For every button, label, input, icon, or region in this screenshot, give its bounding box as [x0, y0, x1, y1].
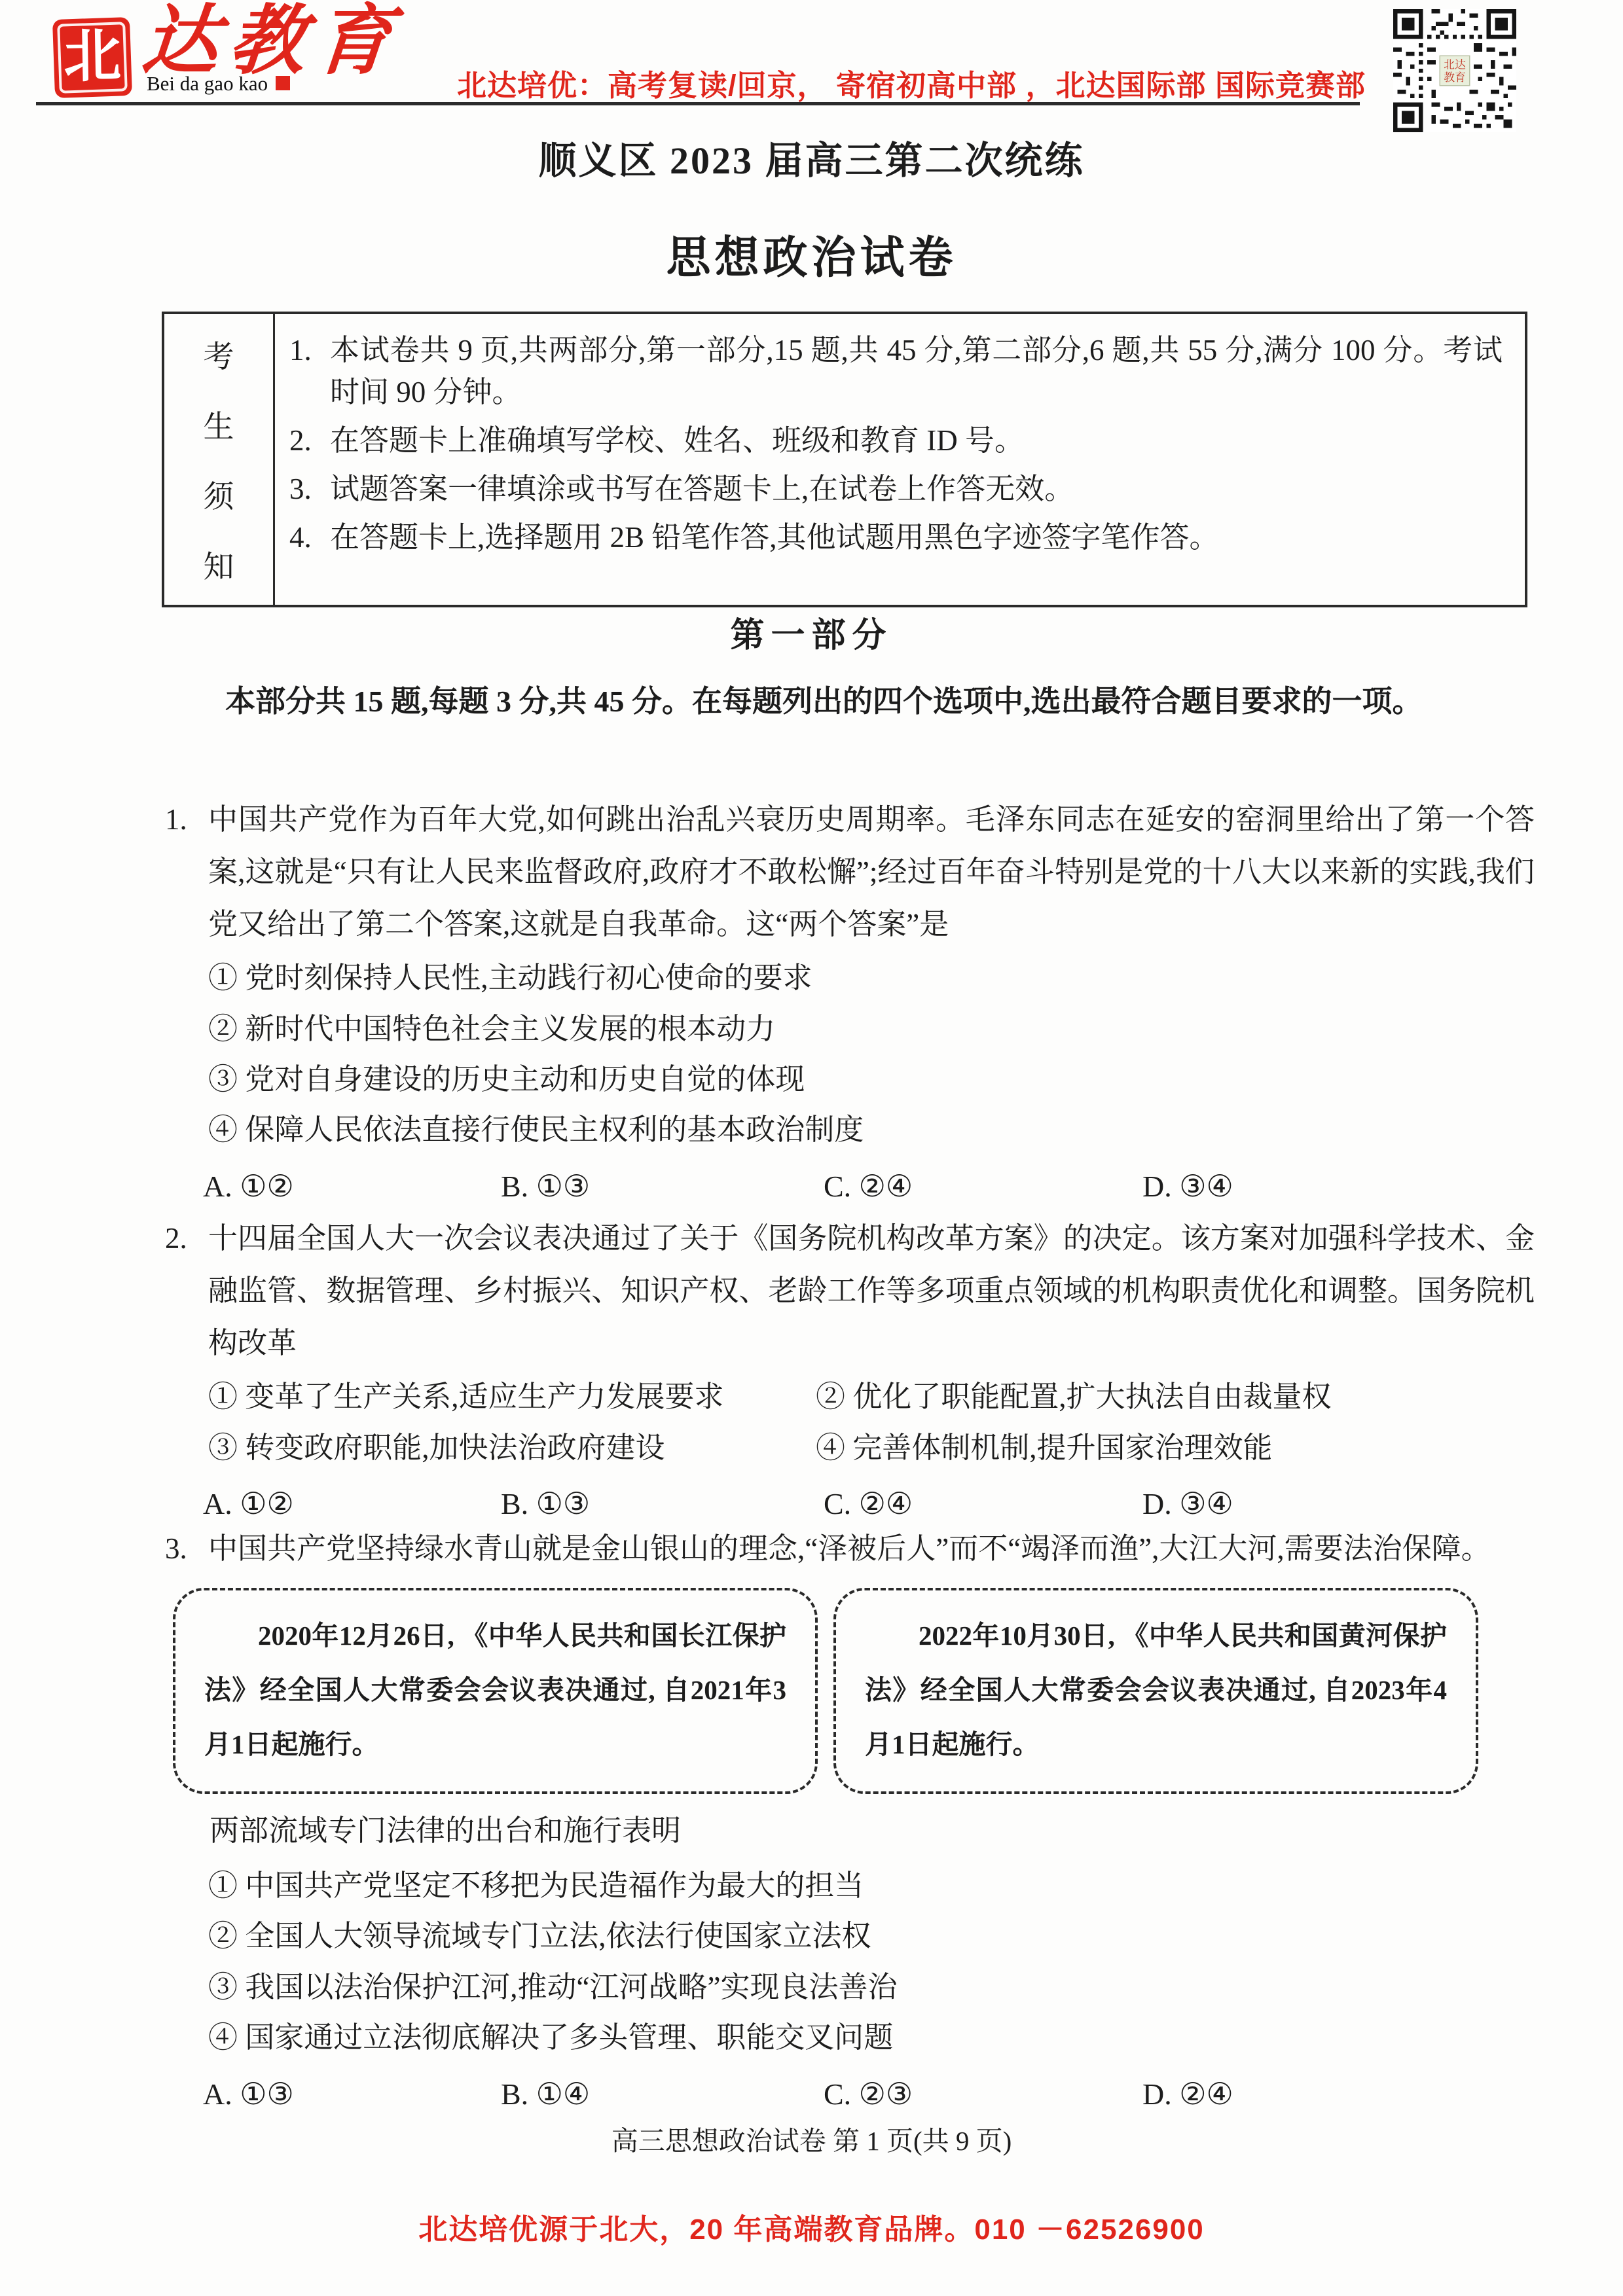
question-post-text: 两部流域专门法律的出台和施行表明 [210, 1806, 1535, 1856]
header-slogan: 北达培优：高考复读/回京， 寄宿初高中部 ，北达国际部 国际竞赛部 [457, 62, 1366, 104]
question-statements: ① 党时刻保持人民性,主动践行初心使命的要求 ② 新时代中国特色社会主义发展的根… [208, 953, 1535, 1156]
exam-title: 顺义区 2023 届高三第二次统练 [0, 130, 1623, 185]
qr-center-text-top: 北达 [1444, 59, 1466, 71]
choice-a: A. ①② [203, 1480, 501, 1528]
brand-calligraphy: 达教育 [139, 4, 405, 80]
choice-d: D. ②④ [1142, 2070, 1535, 2119]
notice-label-char: 考 [204, 332, 234, 376]
notice-item: 1. 本试卷共 9 页,共两部分,第一部分,15 题,共 45 分,第二部分,6… [289, 330, 1503, 414]
notice-item-text: 在答题卡上准确填写学校、姓名、班级和教育 ID 号。 [330, 420, 1503, 462]
choice-b: B. ①③ [501, 1162, 824, 1211]
notice-label-char: 知 [204, 543, 234, 586]
part1-instructions: 本部分共 15 题,每题 3 分,共 45 分。在每题列出的四个选项中,选出最符… [165, 675, 1531, 727]
question-number: 2. [165, 1212, 208, 1528]
notice-item-text: 本试卷共 9 页,共两部分,第一部分,15 题,共 45 分,第二部分,6 题,… [330, 330, 1503, 414]
notice-items: 1. 本试卷共 9 页,共两部分,第一部分,15 题,共 45 分,第二部分,6… [275, 314, 1525, 605]
question-number: 1. [165, 793, 208, 1210]
answer-choices: A. ①② B. ①③ C. ②④ D. ③④ [203, 1162, 1535, 1211]
statement-option: ① 党时刻保持人民性,主动践行初心使命的要求 [208, 953, 1535, 1003]
question-3: 3. 中国共产党坚持绿水青山就是金山银山的理念,“泽被后人”而不“竭泽而渔”,大… [165, 1522, 1535, 2118]
brand-subtext: Bei da gao kao [147, 72, 290, 96]
question-statements: ① 中国共产党坚定不移把为民造福作为最大的担当 ② 全国人大领导流域专门立法,依… [208, 1861, 1535, 2064]
question-stem: 中国共产党作为百年大党,如何跳出治乱兴衰历史周期率。毛泽东同志在延安的窑洞里给出… [208, 793, 1535, 950]
statement-option: ④ 保障人民依法直接行使民主权利的基本政治制度 [208, 1105, 1535, 1155]
question-statements: ① 变革了生产关系,适应生产力发展要求 ② 优化了职能配置,扩大执法自由裁量权 … [208, 1372, 1535, 1473]
header-divider [36, 102, 1360, 105]
law-box-yellow-river: 2022年10月30日, 《中华人民共和国黄河保护法》经全国人大常委会会议表决通… [833, 1588, 1478, 1793]
question-stem: 中国共产党坚持绿水青山就是金山银山的理念,“泽被后人”而不“竭泽而渔”,大江大河… [208, 1522, 1535, 1575]
notice-label-char: 须 [204, 473, 234, 516]
brand-footer: 北达培优源于北大，20 年高端教育品牌。010 －62526900 [0, 2206, 1623, 2248]
choice-c: C. ②④ [824, 1162, 1142, 1211]
brand-square-icon [276, 76, 290, 90]
notice-item-text: 在答题卡上,选择题用 2B 铅笔作答,其他试题用黑色字迹签字笔作答。 [330, 517, 1503, 559]
candidate-notice-box: 考 生 须 知 1. 本试卷共 9 页,共两部分,第一部分,15 题,共 45 … [162, 312, 1527, 607]
law-info-boxes: 2020年12月26日, 《中华人民共和国长江保护法》经全国人大常委会会议表决通… [173, 1588, 1535, 1793]
statement-option: ④ 完善体制机制,提升国家治理效能 [816, 1423, 1535, 1473]
statement-option: ③ 我国以法治保护江河,推动“江河战略”实现良法善治 [208, 1962, 1535, 2013]
statement-option: ② 全国人大领导流域专门立法,依法行使国家立法权 [208, 1911, 1535, 1962]
part1-heading: 第一部分 [0, 607, 1623, 656]
notice-item-number: 3. [289, 469, 330, 511]
notice-item-text: 试题答案一律填涂或书写在答题卡上,在试卷上作答无效。 [330, 469, 1503, 511]
qr-center-text-bottom: 教育 [1444, 71, 1466, 84]
statement-option: ① 变革了生产关系,适应生产力发展要求 [208, 1372, 816, 1422]
notice-item-number: 1. [289, 330, 330, 414]
notice-item-number: 2. [289, 420, 330, 462]
choice-b: B. ①③ [501, 1480, 824, 1528]
question-2: 2. 十四届全国人大一次会议表决通过了关于《国务院机构改革方案》的决定。该方案对… [165, 1212, 1535, 1528]
qr-code: 北达 教育 [1393, 9, 1516, 132]
question-indent-spacer [165, 1802, 208, 2119]
question-stem: 十四届全国人大一次会议表决通过了关于《国务院机构改革方案》的决定。该方案对加强科… [208, 1212, 1535, 1369]
question-number: 3. [165, 1522, 208, 1575]
choice-c: C. ②④ [824, 1480, 1142, 1528]
question-1: 1. 中国共产党作为百年大党,如何跳出治乱兴衰历史周期率。毛泽东同志在延安的窑洞… [165, 793, 1535, 1210]
choice-c: C. ②③ [824, 2070, 1142, 2119]
exam-subject-title: 思想政治试卷 [0, 223, 1623, 286]
choice-d: D. ③④ [1142, 1480, 1535, 1528]
statement-option: ③ 党对自身建设的历史主动和历史自觉的体现 [208, 1054, 1535, 1105]
brand-seal-logo: 北 [52, 17, 132, 98]
notice-label-column: 考 生 须 知 [164, 314, 275, 605]
statement-option: ② 新时代中国特色社会主义发展的根本动力 [208, 1004, 1535, 1054]
choice-d: D. ③④ [1142, 1162, 1535, 1211]
notice-item: 2. 在答题卡上准确填写学校、姓名、班级和教育 ID 号。 [289, 420, 1503, 462]
statement-option: ③ 转变政府职能,加快法治政府建设 [208, 1423, 816, 1473]
page-number-footer: 高三思想政治试卷 第 1 页(共 9 页) [0, 2119, 1623, 2158]
notice-item: 4. 在答题卡上,选择题用 2B 铅笔作答,其他试题用黑色字迹签字笔作答。 [289, 517, 1503, 559]
answer-choices: A. ①② B. ①③ C. ②④ D. ③④ [203, 1480, 1535, 1528]
statement-option: ② 优化了职能配置,扩大执法自由裁量权 [816, 1372, 1535, 1422]
notice-item: 3. 试题答案一律填涂或书写在答题卡上,在试卷上作答无效。 [289, 469, 1503, 511]
statement-option: ④ 国家通过立法彻底解决了多头管理、职能交叉问题 [208, 2013, 1535, 2063]
statement-option: ① 中国共产党坚定不移把为民造福作为最大的担当 [208, 1861, 1535, 1911]
choice-a: A. ①② [203, 1162, 501, 1211]
choice-b: B. ①④ [501, 2070, 824, 2119]
notice-item-number: 4. [289, 517, 330, 559]
seal-character: 北 [63, 28, 122, 87]
exam-paper-page: 北 达教育 Bei da gao kao 北达培优：高考复读/回京， 寄宿初高中… [0, 0, 1623, 2296]
notice-label-char: 生 [204, 403, 234, 446]
answer-choices: A. ①③ B. ①④ C. ②③ D. ②④ [203, 2070, 1535, 2119]
brand-subtext-label: Bei da gao kao [147, 72, 268, 95]
law-box-yangtze: 2020年12月26日, 《中华人民共和国长江保护法》经全国人大常委会会议表决通… [173, 1588, 818, 1793]
choice-a: A. ①③ [203, 2070, 501, 2119]
